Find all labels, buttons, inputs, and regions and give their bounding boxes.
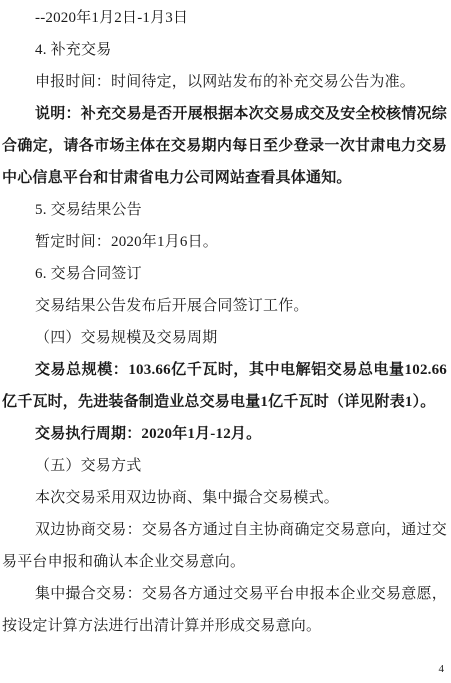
paragraph-total-trade-scale: 交易总规模：103.66亿千瓦时，其中电解铝交易总电量102.66亿千瓦时，先进… [2,354,447,418]
paragraph-contract-signing-work: 交易结果公告发布后开展合同签订工作。 [2,290,447,322]
paragraph-execution-period: 交易执行周期：2020年1月-12月。 [2,418,447,450]
heading-section-4-scale-and-period: （四）交易规模及交易周期 [2,322,447,354]
paragraph-item-6-contract-signing: 6. 交易合同签订 [2,258,447,290]
paragraph-centralized-matching: 集中撮合交易：交易各方通过交易平台申报本企业交易意愿，按设定计算方法进行出清计算… [2,578,447,642]
paragraph-date-range: --2020年1月2日-1月3日 [2,2,447,34]
paragraph-item-4-supplementary-trade: 4. 补充交易 [2,34,447,66]
paragraph-note-supplementary-trade: 说明：补充交易是否开展根据本次交易成交及安全校核情况综合确定，请各市场主体在交易… [2,98,447,194]
document-page: --2020年1月2日-1月3日 4. 补充交易 申报时间：时间待定，以网站发布… [0,0,451,683]
paragraph-item-5-result-announcement: 5. 交易结果公告 [2,194,447,226]
page-number: 4 [439,664,445,675]
paragraph-tentative-time: 暂定时间：2020年1月6日。 [2,226,447,258]
document-text-block: --2020年1月2日-1月3日 4. 补充交易 申报时间：时间待定，以网站发布… [0,0,451,642]
heading-section-5-trade-mode: （五）交易方式 [2,450,447,482]
paragraph-declaration-time: 申报时间：时间待定，以网站发布的补充交易公告为准。 [2,66,447,98]
paragraph-bilateral-negotiation: 双边协商交易：交易各方通过自主协商确定交易意向，通过交易平台申报和确认本企业交易… [2,514,447,578]
paragraph-trade-mode-overview: 本次交易采用双边协商、集中撮合交易模式。 [2,482,447,514]
